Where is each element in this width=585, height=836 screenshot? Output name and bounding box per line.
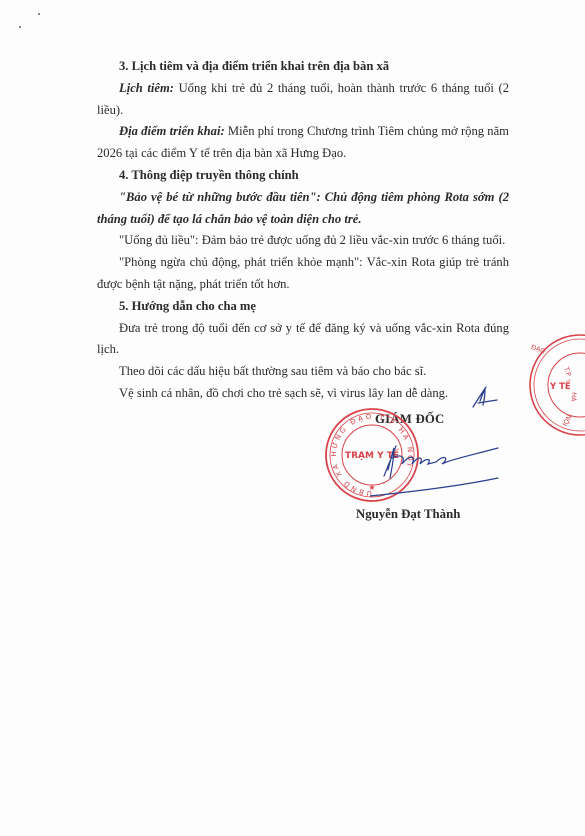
location-paragraph: Địa điểm triển khai: Miễn phí trong Chươ… (97, 121, 509, 165)
scan-speck (19, 26, 21, 28)
message-point-1: "Uống đủ liều": Đảm bảo trẻ được uống đủ… (97, 230, 509, 252)
guidance-item-2: Theo dõi các dấu hiệu bất thường sau tiê… (97, 361, 509, 383)
section-5-heading: 5. Hướng dẫn cho cha mẹ (97, 296, 509, 318)
document-body: 3. Lịch tiêm và địa điểm triển khai trên… (97, 56, 509, 405)
svg-text:Y TẾ: Y TẾ (549, 379, 571, 392)
svg-text:NỘI: NỘI (560, 413, 574, 428)
slogan-paragraph: "Bảo vệ bé từ những bước đầu tiên": Chủ … (97, 187, 509, 231)
svg-text:ĐẠO: ĐẠO (530, 343, 546, 356)
section-3-heading: 3. Lịch tiêm và địa điểm triển khai trên… (97, 56, 509, 78)
svg-text:T.P: T.P (562, 365, 573, 377)
scanned-page: 3. Lịch tiêm và địa điểm triển khai trên… (0, 0, 585, 836)
initial-mark-icon (470, 385, 500, 411)
schedule-paragraph: Lịch tiêm: Uống khi trẻ đủ 2 tháng tuổi,… (97, 78, 509, 122)
location-label: Địa điểm triển khai: (119, 124, 225, 138)
signatory-name: Nguyễn Đạt Thành (356, 507, 460, 522)
scan-speck (38, 13, 40, 15)
guidance-item-3: Vệ sinh cá nhân, đồ chơi cho trẻ sạch sẽ… (97, 383, 509, 405)
signature-icon (370, 440, 500, 500)
guidance-item-1: Đưa trẻ trong độ tuổi đến cơ sở y tế để … (97, 318, 509, 362)
message-point-2: "Phòng ngừa chủ động, phát triển khỏe mạ… (97, 252, 509, 296)
schedule-label: Lịch tiêm: (119, 81, 174, 95)
edge-stamp-icon: ĐẠO T.P HÀ NỘI Y TẾ (520, 330, 585, 440)
svg-text:HÀ: HÀ (569, 392, 579, 403)
section-4-heading: 4. Thông điệp truyền thông chính (97, 165, 509, 187)
